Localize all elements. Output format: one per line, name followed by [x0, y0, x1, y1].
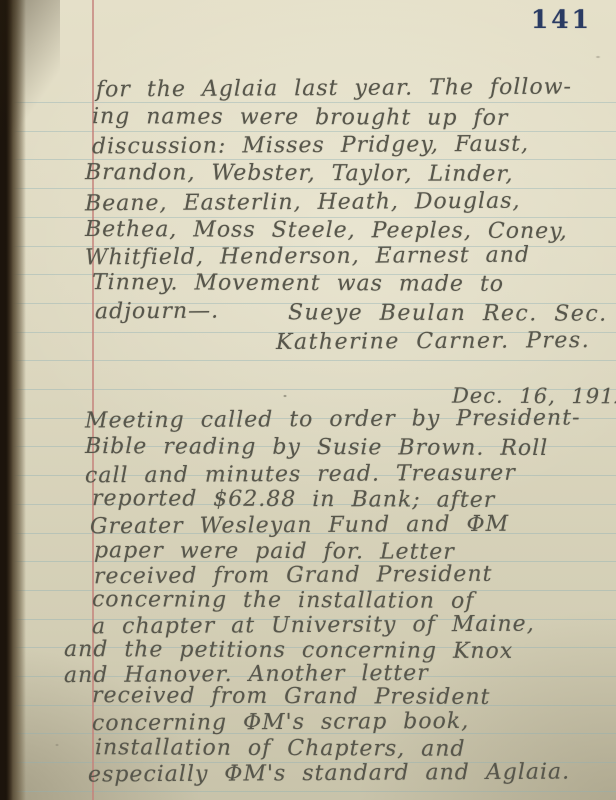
- manuscript-line-body: especially ΦM's standard and Aglaia.: [88, 760, 570, 788]
- manuscript-line-body: Meeting called to order by President-: [85, 405, 581, 433]
- manuscript-line-body: adjourn—.: [95, 299, 219, 325]
- manuscript-line-body: Beane, Easterlin, Heath, Douglas,: [85, 189, 521, 217]
- manuscript-line-body: a chapter at University of Maine,: [92, 612, 535, 640]
- manuscript-line-body: Greater Wesleyan Fund and ΦM: [90, 512, 509, 540]
- manuscript-line-body: received from Grand President: [94, 562, 493, 589]
- manuscript-line-date: Dec. 16, 1912.: [452, 384, 616, 409]
- manuscript-line-body: received from Grand President: [92, 683, 491, 710]
- manuscript-line-body: and the petitions concerning Knox: [64, 637, 513, 664]
- manuscript-line-body: Tinney. Movement was made to: [92, 270, 504, 297]
- manuscript-line-body: discussion: Misses Pridgey, Faust,: [92, 132, 529, 160]
- manuscript-line-body: for the Aglaia last year. The follow-: [96, 75, 572, 103]
- manuscript-line-body: ing names were brought up for: [92, 104, 508, 131]
- manuscript-line-body: paper were paid for. Letter: [94, 538, 455, 565]
- manuscript-line-body: Brandon, Webster, Taylor, Linder,: [85, 160, 514, 187]
- manuscript: for the Aglaia last year. The follow-ing…: [0, 0, 616, 800]
- manuscript-line-body: Bible reading by Susie Brown. Roll: [85, 434, 548, 461]
- scanned-page: 141 for the Aglaia last year. The follow…: [0, 0, 616, 800]
- manuscript-line-signature: Sueye Beulan Rec. Sec.: [288, 300, 608, 326]
- manuscript-line-body: concerning ΦM's scrap book,: [92, 709, 469, 736]
- manuscript-line-body: Bethea, Moss Steele, Peeples, Coney,: [85, 217, 568, 244]
- manuscript-line-signature: Katherine Carner. Pres.: [276, 328, 590, 355]
- manuscript-line-body: reported $62.88 in Bank; after: [92, 486, 495, 513]
- manuscript-line-body: installation of Chapters, and: [95, 735, 466, 762]
- manuscript-line-body: Whitfield, Henderson, Earnest and: [85, 243, 530, 271]
- manuscript-line-body: concerning the installation of: [92, 587, 474, 614]
- manuscript-line-body: call and minutes read. Treasurer: [85, 461, 516, 489]
